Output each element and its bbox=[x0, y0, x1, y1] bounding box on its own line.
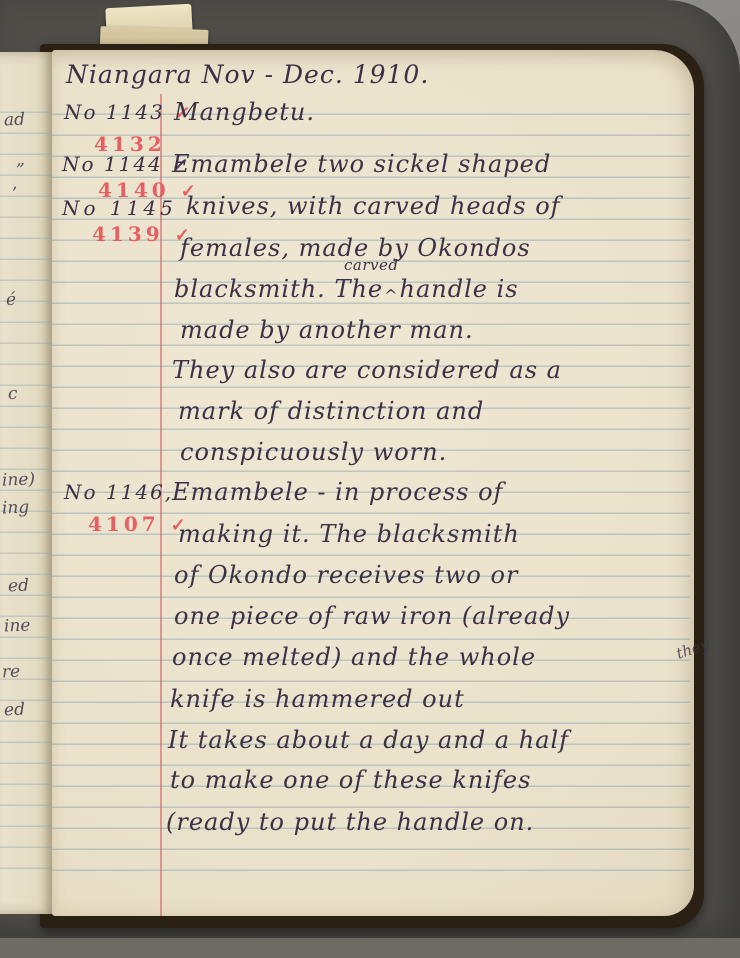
handwritten-line: (ready to put the handle on. bbox=[166, 810, 534, 834]
line-segment: handle is bbox=[400, 275, 519, 303]
facing-text-fragment: ad bbox=[4, 110, 26, 131]
handwritten-line: to make one of these knifes bbox=[170, 768, 531, 792]
line-segment: blacksmith. The bbox=[174, 275, 383, 303]
facing-text-fragment: „ bbox=[16, 150, 26, 170]
facing-text-fragment: ine) bbox=[2, 469, 36, 490]
facing-text-fragment: ine bbox=[4, 616, 31, 637]
catalog-number: No 1146, bbox=[64, 480, 173, 504]
accession-number-label: 4107 bbox=[88, 512, 160, 536]
scanned-notebook-photo: ad „ ’ é c ine) ing ed ine re ed Niangar… bbox=[0, 0, 740, 958]
handwritten-line: knives, with carved heads of bbox=[186, 194, 561, 218]
facing-text-fragment: ed bbox=[8, 576, 30, 597]
accession-number-label: 4139 bbox=[92, 222, 164, 246]
facing-text-fragment: é bbox=[6, 290, 17, 310]
page-header: Niangara Nov - Dec. 1910. bbox=[66, 62, 429, 87]
facing-text-fragment: ’ bbox=[12, 184, 18, 204]
catalog-number: No 1144 ✓ bbox=[62, 152, 186, 176]
handwritten-line: once melted) and the whole bbox=[172, 645, 536, 669]
catalog-number-label: No 1145 bbox=[62, 196, 177, 220]
handwritten-line: of Okondo receives two or bbox=[174, 563, 518, 587]
facing-text-fragment: c bbox=[8, 384, 18, 404]
handwritten-line-with-insertion: blacksmith. The^handle is bbox=[174, 277, 519, 301]
notebook-page: Niangara Nov - Dec. 1910. No 1143 ✓ 4132… bbox=[52, 50, 694, 916]
facing-page-edge: ad „ ’ é c ine) ing ed ine re ed bbox=[0, 52, 58, 914]
handwritten-line: Emambele two sickel shaped bbox=[172, 152, 551, 176]
catalog-number: No 1145 bbox=[62, 196, 177, 220]
handwritten-line: one piece of raw iron (already bbox=[174, 604, 570, 628]
handwritten-line: Emambele - in process of bbox=[172, 480, 503, 504]
handwritten-line: conspicuously worn. bbox=[180, 440, 447, 464]
catalog-number-label: No 1146, bbox=[64, 480, 173, 504]
catalog-number-label: No 1143 bbox=[64, 100, 165, 124]
catalog-number: No 1143 ✓ bbox=[64, 100, 188, 124]
handwritten-line: It takes about a day and a half bbox=[168, 728, 569, 752]
accession-number: 4139 ✓ bbox=[92, 222, 190, 246]
catalog-number-label: No 1144 bbox=[62, 152, 163, 176]
handwritten-line: Mangbetu. bbox=[174, 100, 315, 124]
facing-text-fragment: re bbox=[2, 662, 21, 683]
accession-number: 4107 ✓ bbox=[88, 512, 186, 536]
handwritten-line: mark of distinction and bbox=[178, 399, 484, 423]
handwritten-line: They also are considered as a bbox=[172, 358, 562, 382]
facing-text-fragment: ing bbox=[2, 498, 30, 519]
insertion-caret: ^ bbox=[384, 288, 398, 304]
inserted-word: carved bbox=[344, 256, 398, 274]
handwritten-line: making it. The blacksmith bbox=[178, 522, 520, 546]
facing-text-fragment: ed bbox=[4, 700, 26, 721]
handwritten-line: knife is hammered out bbox=[170, 687, 465, 711]
handwritten-line: made by another man. bbox=[180, 318, 474, 342]
